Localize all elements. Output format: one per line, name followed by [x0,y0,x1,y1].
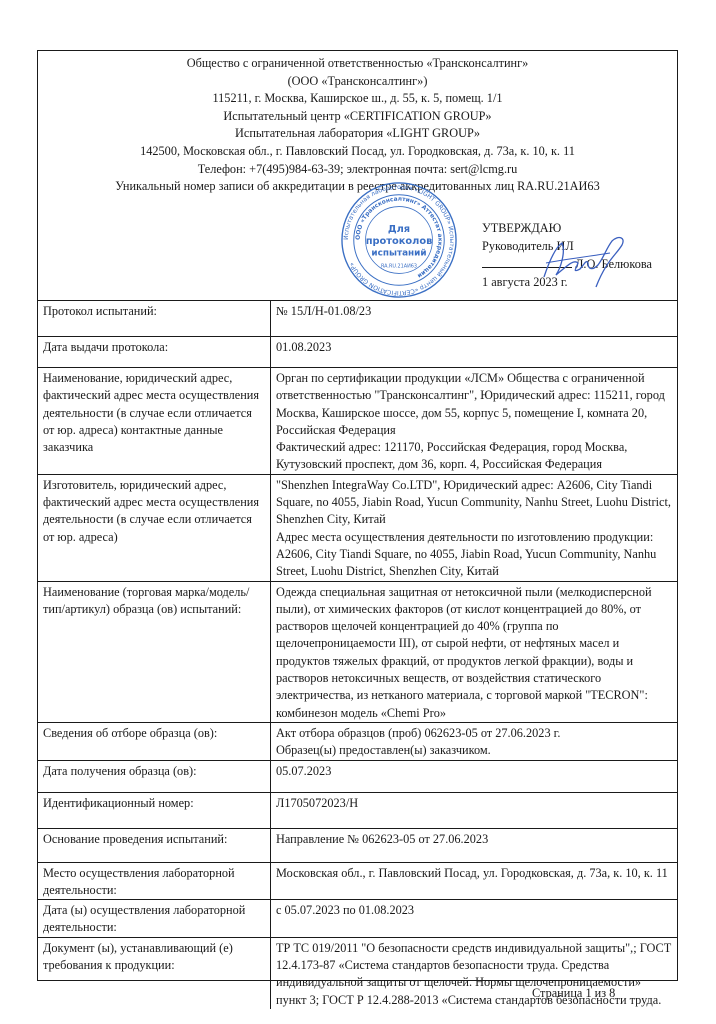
row-value: Московская обл., г. Павловский Посад, ул… [271,862,678,900]
row-label: Изготовитель, юридический адрес, фактиче… [38,474,271,581]
row-value: Акт отбора образцов (проб) 062623-05 от … [271,722,678,760]
table-row: Идентификационный номер: Л1705072023/Н [38,792,677,828]
row-value: 01.08.2023 [271,337,678,368]
row-value: 05.07.2023 [271,760,678,792]
header-line-lab-address: 142500, Московская обл., г. Павловский П… [38,143,677,161]
table-row: Дата (ы) осуществления лабораторной деят… [38,900,677,938]
row-value: с 05.07.2023 по 01.08.2023 [271,900,678,938]
organization-header: Общество с ограниченной ответственностью… [38,55,677,196]
row-label: Место осуществления лабораторной деятель… [38,862,271,900]
table-row: Наименование, юридический адрес, фактиче… [38,368,677,475]
svg-text:испытаний: испытаний [371,249,426,259]
row-label: Сведения об отборе образца (ов): [38,722,271,760]
table-row: Протокол испытаний: № 15Л/Н-01.08/23 [38,301,677,337]
table-row: Место осуществления лабораторной деятель… [38,862,677,900]
row-label: Основание проведения испытаний: [38,828,271,862]
svg-text:протоколов: протоколов [366,236,433,247]
table-row: Дата получения образца (ов): 05.07.2023 [38,760,677,792]
laboratory-stamp-icon: Испытательная лаборатория «LIGHT GROUP» … [340,181,458,299]
row-value: Одежда специальная защитная от нетоксичн… [271,581,678,722]
row-value: Направление № 062623-05 от 27.06.2023 [271,828,678,862]
svg-text:RA.RU.21АИ63: RA.RU.21АИ63 [381,264,417,270]
row-value: № 15Л/Н-01.08/23 [271,301,678,337]
page-number: Страница 1 из 8 [532,986,615,1001]
header-line-contacts: Телефон: +7(495)984-63-39; электронная п… [38,161,677,179]
row-label: Наименование, юридический адрес, фактиче… [38,368,271,475]
row-label: Наименование (торговая марка/модель/тип/… [38,581,271,722]
handwritten-signature-icon [526,229,646,289]
table-row: Изготовитель, юридический адрес, фактиче… [38,474,677,581]
manufacturer-legal-address: "Shenzhen IntegraWay Co.LTD", Юридически… [276,477,672,529]
row-label: Идентификационный номер: [38,792,271,828]
table-row: Наименование (торговая марка/модель/тип/… [38,581,677,722]
row-label: Протокол испытаний: [38,301,271,337]
table-row: Сведения об отборе образца (ов): Акт отб… [38,722,677,760]
header-line-org: Общество с ограниченной ответственностью… [38,55,677,73]
header-line-laboratory: Испытательная лаборатория «LIGHT GROUP» [38,125,677,143]
header-line-short-name: (ООО «Трансконсалтинг») [38,73,677,91]
customer-legal-address: Орган по сертификации продукции «ЛСМ» Об… [276,370,672,439]
customer-actual-address: Фактический адрес: 121170, Российская Фе… [276,439,672,474]
header-line-address: 115211, г. Москва, Каширское ш., д. 55, … [38,90,677,108]
table-row: Дата выдачи протокола: 01.08.2023 [38,337,677,368]
table-row: Основание проведения испытаний: Направле… [38,828,677,862]
protocol-info-table: Протокол испытаний: № 15Л/Н-01.08/23 Дат… [38,300,677,1009]
document-frame: Общество с ограниченной ответственностью… [37,50,678,981]
svg-text:Для: Для [388,224,410,235]
header-line-test-center: Испытательный центр «CERTIFICATION GROUP… [38,108,677,126]
sample-provided-note: Образец(ы) предоставлен(ы) заказчиком. [276,742,672,759]
sampling-act: Акт отбора образцов (проб) 062623-05 от … [276,725,672,742]
row-value: ТР ТС 019/2011 "О безопасности средств и… [271,937,678,1009]
row-value: Орган по сертификации продукции «ЛСМ» Об… [271,368,678,475]
manufacturer-production-address: Адрес места осуществления деятельности п… [276,529,672,581]
row-label: Документ (ы), устанавливающий (е) требов… [38,937,271,1009]
row-label: Дата получения образца (ов): [38,760,271,792]
row-label: Дата выдачи протокола: [38,337,271,368]
row-value: "Shenzhen IntegraWay Co.LTD", Юридически… [271,474,678,581]
row-label: Дата (ы) осуществления лабораторной деят… [38,900,271,938]
row-value: Л1705072023/Н [271,792,678,828]
